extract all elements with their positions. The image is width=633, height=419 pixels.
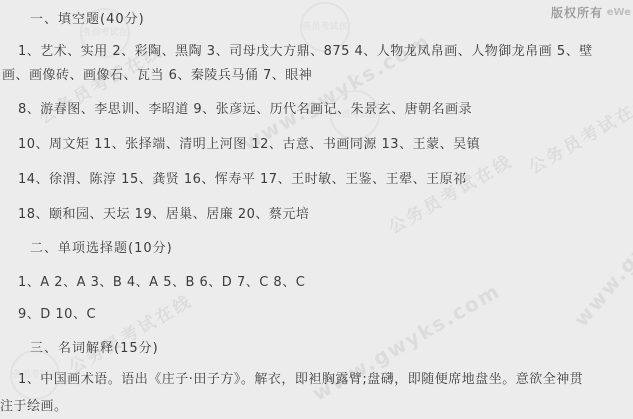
answer-line: 1、A 2、A 3、B 4、A 5、B 6、D 7、C 8、C xyxy=(18,271,305,290)
watermark-text: 公务员考试在线 xyxy=(63,287,197,379)
watermark-text: www.gwyks.com xyxy=(569,153,633,331)
answer-line: 9、D 10、C xyxy=(18,303,96,322)
section-heading-multiple-choice: 二、单项选择题(10分) xyxy=(30,237,173,256)
section-heading-fill-in-blanks: 一、填空题(40分) xyxy=(30,8,145,27)
watermark-text: 公务员考试在线 xyxy=(383,147,517,239)
watermark-text: 公务员考试在线 xyxy=(523,87,633,179)
section-heading-term-explanation: 三、名词解释(15分) xyxy=(30,337,159,356)
answer-line: 注于绘画。 xyxy=(0,395,68,414)
answer-sheet-page: 公务员考试在线 www.gwyks.com 公务员考试在线 www.gwyks.… xyxy=(0,0,633,419)
answer-line: 1、中国画术语。语出《庄子·田子方》。解衣，即袒胸露臂;盘礴，即随便席地盘坐。意… xyxy=(18,368,583,387)
copyright-notice: 版权所有 xyxy=(551,4,603,21)
answer-line: 画、画像砖、画像石、瓦当 6、秦陵兵马俑 7、眼神 xyxy=(2,64,312,83)
answer-line: 14、徐渭、陈淳 15、龚贤 16、恽寿平 17、王时敏、王鉴、王翚、王原祁 xyxy=(18,168,467,187)
answer-line: 18、颐和园、天坛 19、居巢、居廉 20、蔡元培 xyxy=(18,203,309,222)
answer-line: 10、周文矩 11、张择端、清明上河图 12、古意、书画同源 13、王蒙、吴镇 xyxy=(18,133,480,152)
answer-line: 8、游春图、李思训、李昭道 9、张彦远、历代名画记、朱景玄、唐朝名画录 xyxy=(18,98,472,117)
answer-line: 1、艺术、实用 2、彩陶、黑陶 3、司母戊大方鼎、875 4、人物龙凤帛画、人物… xyxy=(18,40,593,59)
copyright-fragment: eWe xyxy=(607,7,631,18)
